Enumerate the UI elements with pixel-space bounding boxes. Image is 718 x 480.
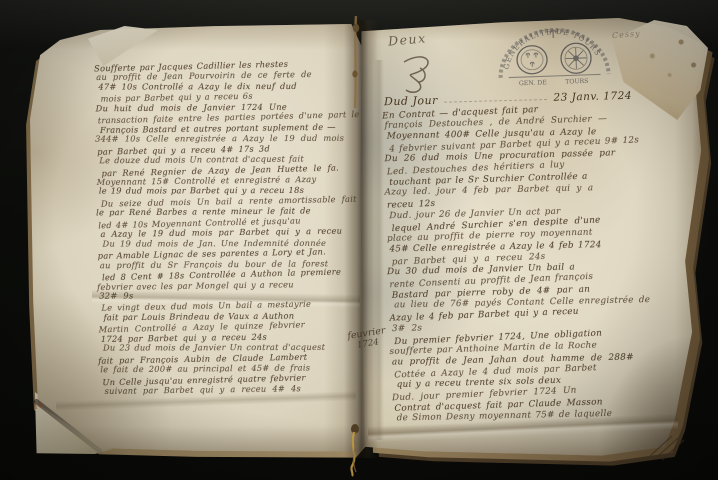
paraph-flourish-icon: [390, 52, 444, 98]
fiscal-stamp-generalite-tours: GENERALITE DE TOURS GEN. DE TOURS: [491, 22, 617, 94]
corner-hatch-marks-icon: [644, 430, 692, 462]
left-page-text: Soufferte par Jacques Cadillier les rhes…: [96, 58, 363, 396]
binding-stitch-icon: [344, 12, 368, 112]
right-page-text: En Contrat — d'acquest fait parfrançois …: [384, 102, 660, 427]
date-prefix: Dud Jour: [384, 94, 438, 108]
archive-photo: Soufferte par Jacques Cadillier les rhes…: [0, 0, 718, 480]
svg-text:TOURS: TOURS: [565, 78, 589, 86]
dangling-thread-icon: [340, 418, 376, 478]
leader-line: [444, 99, 548, 103]
svg-text:GEN. DE: GEN. DE: [519, 79, 548, 87]
